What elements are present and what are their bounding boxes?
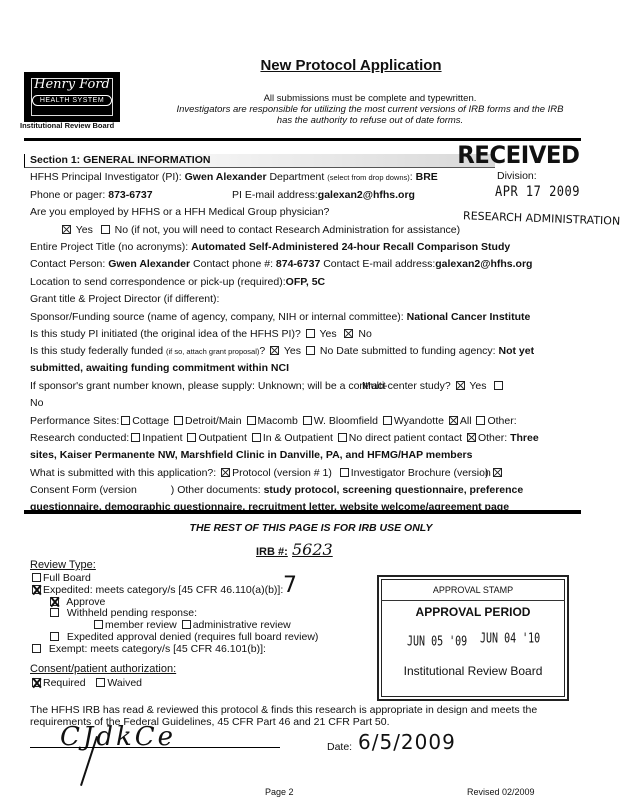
fed-funded-hint: (if so, attach grant proposal) xyxy=(166,347,259,356)
site-other-label: Other: xyxy=(487,415,516,427)
hfhs-logo: Henry Ford HEALTH SYSTEM xyxy=(24,72,120,122)
expedited-row: Expedited: meets category/s [45 CFR 46.1… xyxy=(30,584,283,596)
approval-to-date: JUN 04 '10 xyxy=(480,632,540,646)
employed-question: Are you employed by HFHS or a HFH Medica… xyxy=(30,206,329,218)
logo-caption: Institutional Review Board xyxy=(20,121,114,130)
admin-review-label: administrative review xyxy=(193,619,291,631)
grant-number-line: If sponsor's grant number known, please … xyxy=(30,380,386,392)
phone-label: Phone or pager: xyxy=(30,189,108,201)
protocol-label: Protocol (version # 1) xyxy=(232,467,332,479)
withheld-row: Withheld pending response: xyxy=(48,607,197,619)
full-board-row: Full Board xyxy=(30,572,91,584)
employed-yes-label: Yes xyxy=(76,224,93,236)
contact-email-label: Contact E-mail address: xyxy=(320,258,435,270)
sponsor-label: Sponsor/Funding source (name of agency, … xyxy=(30,311,407,323)
date-value[interactable]: 6/5/2009 xyxy=(358,730,456,754)
rc-other-value-cont: sites, Kaiser Permanente NW, Marshfield … xyxy=(30,449,473,461)
multicenter-yes-checkbox[interactable] xyxy=(456,381,465,390)
research-conducted-line: Research conducted:Inpatient Outpatient … xyxy=(30,432,539,444)
phone-line: Phone or pager: 873-6737 xyxy=(30,189,153,201)
expedited-label: Expedited: meets category/s [45 CFR 46.1… xyxy=(43,584,283,596)
rc-other-value[interactable]: Three xyxy=(510,432,539,444)
rc-other-checkbox[interactable] xyxy=(467,433,476,442)
expedited-checkbox[interactable] xyxy=(32,585,41,594)
member-review-checkbox[interactable] xyxy=(94,620,103,629)
full-board-label: Full Board xyxy=(43,572,91,584)
rc-inpatient-checkbox[interactable] xyxy=(131,433,140,442)
pi-line: HFHS Principal Investigator (PI): Gwen A… xyxy=(30,171,438,183)
pi-email-line: PI E-mail address:galexan2@hfhs.org xyxy=(232,189,415,201)
rc-no-contact-checkbox[interactable] xyxy=(338,433,347,442)
site-all-label: All xyxy=(460,415,472,427)
consent-row: Required Waived xyxy=(30,677,142,689)
research-conducted-label: Research conducted: xyxy=(30,432,129,444)
multicenter-line: Multi-center study? Yes xyxy=(362,380,505,392)
consent-form-label: Consent Form (version xyxy=(30,484,137,496)
logo-script: Henry Ford xyxy=(26,77,118,92)
contact-value[interactable]: Gwen Alexander xyxy=(108,258,190,270)
multicenter-yes-label: Yes xyxy=(469,380,486,392)
contact-phone-label: Contact phone #: xyxy=(190,258,276,270)
revised-date: Revised 02/2009 xyxy=(467,787,535,797)
other-docs-value[interactable]: study protocol, screening questionnaire,… xyxy=(264,484,524,496)
pi-initiated-yes-label: Yes xyxy=(319,328,336,340)
date-submitted-value[interactable]: Not yet xyxy=(499,345,535,357)
brochure-label: Investigator Brochure (version # xyxy=(351,467,500,479)
performance-sites-label: Performance Sites: xyxy=(30,415,119,427)
site-detroit-checkbox[interactable] xyxy=(174,416,183,425)
expedited-denied-label: Expedited approval denied (requires full… xyxy=(67,631,319,643)
employed-no-checkbox[interactable] xyxy=(101,225,110,234)
exempt-checkbox[interactable] xyxy=(32,644,41,653)
contact-phone-value[interactable]: 874-6737 xyxy=(276,258,320,270)
withheld-label: Withheld pending response: xyxy=(67,607,197,619)
multicenter-no-checkbox[interactable] xyxy=(494,381,503,390)
site-macomb-label: Macomb xyxy=(258,415,298,427)
expedited-category-handwritten: 7 xyxy=(283,573,297,598)
project-title-label: Entire Project Title (no acronyms): xyxy=(30,241,191,253)
rc-in-out-checkbox[interactable] xyxy=(252,433,261,442)
submitted-line: What is submitted with this application?… xyxy=(30,467,500,479)
irb-number-label: IRB #: xyxy=(256,546,288,558)
notice-current-versions: Investigators are responsible for utiliz… xyxy=(140,104,600,115)
pi-initiated-line: Is this study PI initiated (the original… xyxy=(30,328,372,340)
site-macomb-checkbox[interactable] xyxy=(247,416,256,425)
site-other-checkbox[interactable] xyxy=(476,416,485,425)
site-wyandotte-checkbox[interactable] xyxy=(383,416,392,425)
employed-yes-checkbox[interactable] xyxy=(62,225,71,234)
withheld-checkbox[interactable] xyxy=(50,608,59,617)
consent-form-checkbox[interactable] xyxy=(493,468,502,477)
notice-complete: All submissions must be complete and typ… xyxy=(140,93,600,104)
rc-in-out-label: In & Outpatient xyxy=(263,432,333,444)
pi-initiated-label: Is this study PI initiated (the original… xyxy=(30,328,301,340)
location-value[interactable]: OFP, 5C xyxy=(286,276,326,288)
division-label: Division: xyxy=(497,170,537,182)
exempt-row: Exempt: meets category/s [45 CFR 46.101(… xyxy=(30,643,266,655)
contact-line: Contact Person: Gwen Alexander Contact p… xyxy=(30,258,532,270)
site-wyandotte-label: Wyandotte xyxy=(394,415,444,427)
review-type-label: Review Type: xyxy=(30,559,96,571)
grant-title-label: Grant title & Project Director (if diffe… xyxy=(30,293,219,305)
consent-authorization-label: Consent/patient authorization: xyxy=(30,663,176,675)
project-title-line: Entire Project Title (no acronyms): Auto… xyxy=(30,241,510,253)
page-title: New Protocol Application xyxy=(0,57,622,74)
expedited-denied-checkbox[interactable] xyxy=(50,632,59,641)
approval-stamp-label: APPROVAL STAMP xyxy=(377,585,569,595)
member-review-label: member review xyxy=(105,619,177,631)
sponsor-value[interactable]: National Cancer Institute xyxy=(407,311,531,323)
rc-outpatient-label: Outpatient xyxy=(198,432,246,444)
logo-subtitle: HEALTH SYSTEM xyxy=(32,95,112,106)
consent-waived-checkbox[interactable] xyxy=(96,678,105,687)
irb-number-value[interactable]: 5623 xyxy=(292,540,333,559)
rc-inpatient-label: Inpatient xyxy=(142,432,182,444)
fed-funded-yes-checkbox[interactable] xyxy=(270,346,279,355)
protocol-checkbox[interactable] xyxy=(221,468,230,477)
multicenter-label: Multi-center study? xyxy=(362,380,451,392)
consent-required-checkbox[interactable] xyxy=(32,678,41,687)
pi-initiated-no-checkbox[interactable] xyxy=(344,329,353,338)
other-docs-label: ) Other documents: xyxy=(171,484,264,496)
irb-use-heading: THE REST OF THIS PAGE IS FOR IRB USE ONL… xyxy=(0,522,622,534)
dept-label: Department xyxy=(267,171,328,183)
consent-form-line: Consent Form (version) Other documents: … xyxy=(30,484,523,496)
site-wbloomfield-checkbox[interactable] xyxy=(303,416,312,425)
divider xyxy=(24,510,581,514)
site-all-checkbox[interactable] xyxy=(449,416,458,425)
fed-funded-no-label: No xyxy=(320,345,333,357)
section-title: Section 1: GENERAL INFORMATION xyxy=(30,154,210,166)
date-submitted-value-cont: submitted, awaiting funding commitment w… xyxy=(30,362,289,374)
site-cottage-checkbox[interactable] xyxy=(121,416,130,425)
rc-outpatient-checkbox[interactable] xyxy=(187,433,196,442)
brochure-close: ) xyxy=(485,467,504,479)
research-admin-stamp: RESEARCH ADMINISTRATION xyxy=(463,209,621,227)
dept-value[interactable]: BRE xyxy=(416,171,438,183)
date-submitted-label: Date submitted to funding agency: xyxy=(333,345,498,357)
brochure-checkbox[interactable] xyxy=(340,468,349,477)
date-label: Date: xyxy=(327,741,352,753)
expedited-denied-row: Expedited approval denied (requires full… xyxy=(48,631,318,643)
notice-refuse: has the authority to refuse out of date … xyxy=(140,115,600,126)
pi-label: HFHS Principal Investigator (PI): xyxy=(30,171,185,183)
page-number: Page 2 xyxy=(265,787,294,797)
admin-review-checkbox[interactable] xyxy=(182,620,191,629)
received-stamp: RECEIVED xyxy=(457,141,579,169)
approval-stamp-divider xyxy=(381,600,565,601)
rc-no-contact-label: No direct patient contact xyxy=(349,432,462,444)
fed-funded-label: Is this study federally funded xyxy=(30,345,166,357)
contact-email-value[interactable]: galexan2@hfhs.org xyxy=(435,258,532,270)
pi-email-label: PI E-mail address: xyxy=(232,189,318,201)
performance-sites-line: Performance Sites:Cottage Detroit/Main M… xyxy=(30,415,517,427)
full-board-checkbox[interactable] xyxy=(32,573,41,582)
submitted-label: What is submitted with this application?… xyxy=(30,467,216,479)
pi-initiated-yes-checkbox[interactable] xyxy=(306,329,315,338)
received-date-stamp: APR 17 2009 xyxy=(495,183,580,200)
pi-initiated-no-label: No xyxy=(358,328,371,340)
signature-line[interactable] xyxy=(30,747,280,748)
pi-email-value[interactable]: galexan2@hfhs.org xyxy=(318,189,415,201)
employed-options: Yes No (if not, you will need to contact… xyxy=(60,224,460,236)
rc-other-label: Other: xyxy=(478,432,507,444)
consent-waived-label: Waived xyxy=(107,677,142,689)
employed-no-label: No (if not, you will need to contact Res… xyxy=(115,224,461,236)
site-wbloomfield-label: W. Bloomfield xyxy=(314,415,378,427)
multicenter-no-label: No xyxy=(30,397,43,409)
approval-period-label: APPROVAL PERIOD xyxy=(377,605,569,619)
fed-funded-no-checkbox[interactable] xyxy=(306,346,315,355)
approval-board-label: Institutional Review Board xyxy=(377,664,569,678)
fed-funded-yes-label: Yes xyxy=(284,345,301,357)
approve-checkbox[interactable] xyxy=(50,597,59,606)
fed-funded-line: Is this study federally funded (if so, a… xyxy=(30,345,534,357)
pi-value[interactable]: Gwen Alexander xyxy=(185,171,267,183)
dept-hint: (select from drop downs) xyxy=(327,173,410,182)
consent-required-label: Required xyxy=(43,677,86,689)
location-label: Location to send correspondence or pick-… xyxy=(30,276,286,288)
exempt-label: Exempt: meets category/s [45 CFR 46.101(… xyxy=(49,643,266,655)
site-detroit-label: Detroit/Main xyxy=(185,415,242,427)
withheld-options-row: member review administrative review xyxy=(92,619,291,631)
contact-label: Contact Person: xyxy=(30,258,108,270)
approval-statement-1: The HFHS IRB has read & reviewed this pr… xyxy=(30,704,537,716)
approval-from-date: JUN 05 '09 xyxy=(407,635,467,649)
brochure-close-paren: ) xyxy=(485,467,489,479)
location-line: Location to send correspondence or pick-… xyxy=(30,276,325,288)
sponsor-line: Sponsor/Funding source (name of agency, … xyxy=(30,311,530,323)
project-title-value[interactable]: Automated Self-Administered 24-hour Reca… xyxy=(191,241,510,253)
site-cottage-label: Cottage xyxy=(132,415,169,427)
phone-value[interactable]: 873-6737 xyxy=(108,189,152,201)
